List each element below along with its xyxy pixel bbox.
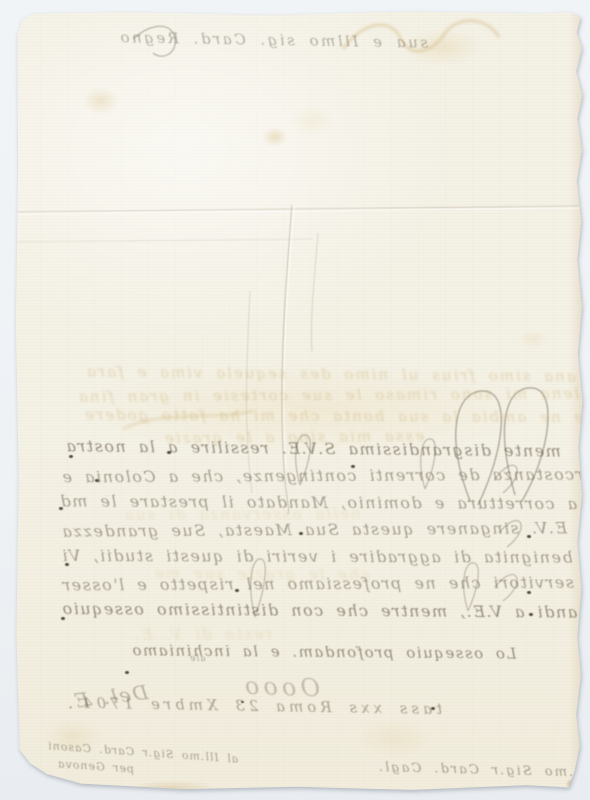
handwriting-faint-line: lena mi sono rimaso le sue cortesie in g…	[77, 386, 579, 405]
ink-speck	[235, 589, 239, 592]
handwriting-date-line: tass xxs Roma 23 Xmbre 1704	[79, 696, 442, 717]
fold-creases	[13, 9, 583, 793]
handwriting-ghost-line: resto di V. E.	[133, 627, 272, 643]
handwriting-faint-line: ana simo frius ul nimo des sequela vima …	[85, 364, 576, 384]
handwriting-main-line: htz a correttura e dominio, Mandato il p…	[59, 494, 590, 513]
ink-speck	[529, 613, 533, 616]
paper-sheet: sua e Illmo sig. Card. Regno ana simo fr…	[13, 9, 583, 793]
ink-speck	[69, 455, 73, 458]
ink-speck	[527, 535, 531, 538]
scanned-letter-verso: sua e Illmo sig. Card. Regno ana simo fr…	[0, 0, 590, 800]
handwriting-closing-left: Del. E.	[64, 682, 149, 712]
handwriting-main-line: quest servitori che ne professiamo nel r…	[61, 574, 590, 593]
handwriting-top-line: sua e Illmo sig. Card. Regno	[118, 30, 428, 50]
ink-speck	[167, 451, 171, 454]
handwriting-main-line: mente disgrandissima S.V.E. ressilire a …	[65, 438, 561, 459]
handwriting-corner-line: al Ill.mo Sig.r Card. Casoni	[47, 740, 239, 764]
handwriting-ghost-line: nella osservanza di sua	[123, 506, 361, 523]
ink-speck	[61, 617, 65, 620]
handwriting-superscript: ale	[189, 655, 206, 664]
ink-speck	[95, 479, 99, 482]
handwriting-loops: Oooo	[241, 674, 321, 701]
ink-speck	[351, 465, 355, 468]
handwriting-main-line: al E.V. singanere questa Sua Maesta, Sue…	[61, 520, 590, 540]
ink-speck	[527, 591, 531, 594]
paper-sheet-wrap: sua e Illmo sig. Card. Regno ana simo fr…	[13, 9, 583, 793]
ink-speck	[241, 701, 244, 703]
ink-speck	[125, 671, 129, 674]
handwriting-faint-line: ge ne ambia la sua bonta che mi ha fatto…	[83, 408, 590, 426]
handwriting-faint-line: essa mia sino a le grazie	[163, 429, 424, 446]
handwriting-main-line: demandi a V.E., mentre che con distintis…	[61, 601, 590, 621]
handwriting-corner-line: per Genova	[57, 758, 135, 774]
handwriting-ghost-line: che le grazie sue me	[153, 566, 369, 583]
ink-speck	[59, 507, 63, 510]
handwriting-main-line: via benignita di aggradire i veriri di q…	[61, 548, 590, 566]
ink-speck	[431, 707, 435, 710]
handwriting-edge-line: land. all Ill.mo Sig.r Card. Cagl.	[377, 761, 590, 782]
flourish-strokes	[13, 9, 583, 793]
handwriting-main-line: Lo ossequio profondam. e la inchiniamo	[131, 643, 517, 661]
ink-speck	[65, 563, 69, 566]
handwriting-main-line: la circostanza de correnti contingenze, …	[61, 467, 590, 486]
ink-speck	[299, 532, 303, 535]
